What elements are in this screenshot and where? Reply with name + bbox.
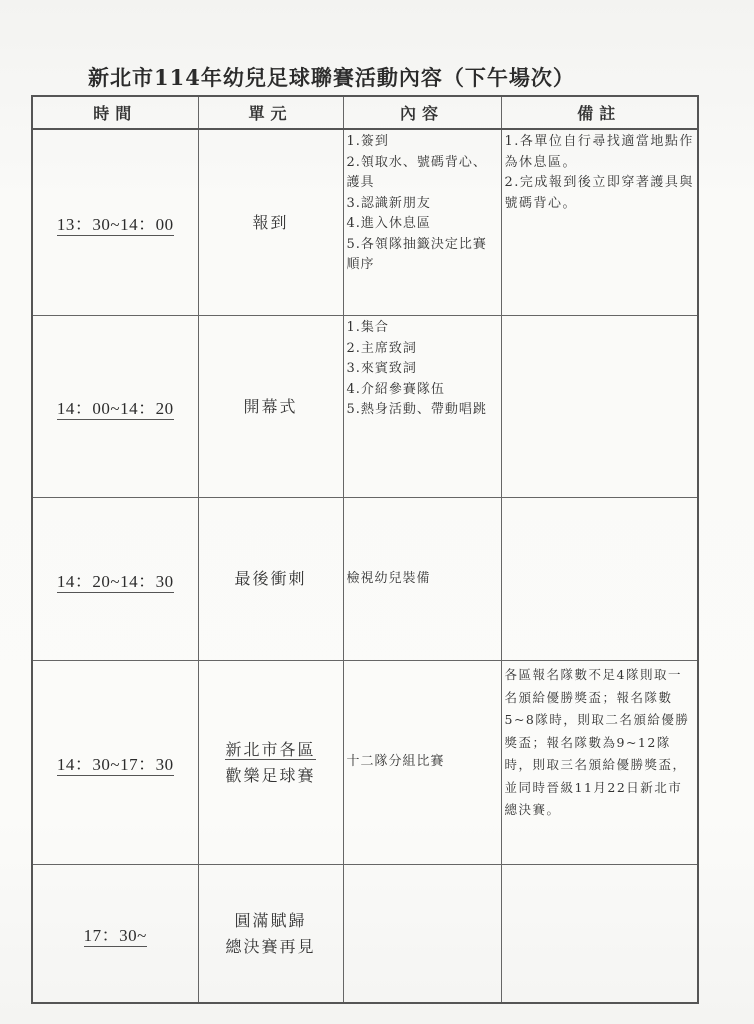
- table-row: 14：30~17：30 新北市各區 歡樂足球賽 十二隊分組比賽 各區報名隊數不足…: [32, 661, 698, 865]
- note-cell: [501, 316, 698, 498]
- document-page: 新北市114年幼兒足球聯賽活動內容（下午場次） 時間 單元 內容 備註 13：3…: [0, 0, 754, 1024]
- time-value: 13：30~14：00: [57, 215, 174, 236]
- content-item: 檢視幼兒裝備: [347, 569, 498, 590]
- time-cell: 14：30~17：30: [32, 661, 198, 865]
- content-item: 1.集合: [347, 318, 498, 339]
- unit-label: 開幕式: [243, 397, 297, 416]
- content-item: 4.進入休息區: [347, 214, 498, 235]
- document-title: 新北市114年幼兒足球聯賽活動內容（下午場次）: [88, 62, 648, 92]
- unit-cell: 圓滿賦歸 總決賽再見: [198, 865, 343, 1004]
- unit-cell: 最後衝刺: [198, 498, 343, 661]
- unit-cell: 報到: [198, 129, 343, 316]
- note-item: 2.完成報到後立即穿著護具與號碼背心。: [505, 173, 695, 214]
- note-item: 各區報名隊數不足4隊則取一名頒給優勝獎盃；報名隊數5~8隊時，則取二名頒給優勝獎…: [505, 664, 695, 822]
- table-header-row: 時間 單元 內容 備註: [32, 96, 698, 129]
- table-row: 13：30~14：00 報到 1.簽到 2.領取水、號碼背心、護具 3.認識新朋…: [32, 129, 698, 316]
- unit-cell: 開幕式: [198, 316, 343, 498]
- note-cell: [501, 498, 698, 661]
- content-cell: [343, 865, 501, 1004]
- unit-label: 報到: [252, 213, 288, 232]
- schedule-table: 時間 單元 內容 備註 13：30~14：00 報到 1.簽到 2.領取水、號碼…: [31, 95, 699, 1004]
- unit-label-line2: 歡樂足球賽: [225, 766, 315, 785]
- time-value: 14：30~17：30: [57, 755, 174, 776]
- header-content: 內容: [343, 96, 501, 129]
- time-cell: 13：30~14：00: [32, 129, 198, 316]
- content-cell: 1.集合 2.主席致詞 3.來賓致詞 4.介紹參賽隊伍 5.熱身活動、帶動唱跳: [343, 316, 501, 498]
- content-cell: 十二隊分組比賽: [343, 661, 501, 865]
- content-cell: 1.簽到 2.領取水、號碼背心、護具 3.認識新朋友 4.進入休息區 5.各領隊…: [343, 129, 501, 316]
- content-item: 3.來賓致詞: [347, 359, 498, 380]
- time-cell: 14：20~14：30: [32, 498, 198, 661]
- note-cell: 各區報名隊數不足4隊則取一名頒給優勝獎盃；報名隊數5~8隊時，則取二名頒給優勝獎…: [501, 661, 698, 865]
- content-item: 5.各領隊抽籤決定比賽順序: [347, 235, 498, 276]
- note-cell: [501, 865, 698, 1004]
- header-time: 時間: [32, 96, 198, 129]
- unit-label-line2: 總決賽再見: [225, 937, 315, 956]
- table-row: 17：30~ 圓滿賦歸 總決賽再見: [32, 865, 698, 1004]
- content-item: 1.簽到: [347, 132, 498, 153]
- time-value: 14：20~14：30: [57, 572, 174, 593]
- content-item: 2.領取水、號碼背心、護具: [347, 153, 498, 194]
- unit-label: 最後衝刺: [234, 569, 306, 588]
- unit-label-line1: 圓滿賦歸: [234, 911, 306, 930]
- header-unit: 單元: [198, 96, 343, 129]
- content-item: 十二隊分組比賽: [347, 752, 498, 773]
- table-row: 14：20~14：30 最後衝刺 檢視幼兒裝備: [32, 498, 698, 661]
- content-item: 3.認識新朋友: [347, 194, 498, 215]
- unit-label-line1: 新北市各區: [225, 740, 315, 760]
- content-item: 4.介紹參賽隊伍: [347, 380, 498, 401]
- time-cell: 17：30~: [32, 865, 198, 1004]
- time-value: 17：30~: [84, 926, 147, 947]
- content-item: 5.熱身活動、帶動唱跳: [347, 400, 498, 421]
- note-cell: 1.各單位自行尋找適當地點作為休息區。 2.完成報到後立即穿著護具與號碼背心。: [501, 129, 698, 316]
- table-row: 14：00~14：20 開幕式 1.集合 2.主席致詞 3.來賓致詞 4.介紹參…: [32, 316, 698, 498]
- note-item: 1.各單位自行尋找適當地點作為休息區。: [505, 132, 695, 173]
- header-note: 備註: [501, 96, 698, 129]
- content-cell: 檢視幼兒裝備: [343, 498, 501, 661]
- unit-cell: 新北市各區 歡樂足球賽: [198, 661, 343, 865]
- time-value: 14：00~14：20: [57, 399, 174, 420]
- content-item: 2.主席致詞: [347, 339, 498, 360]
- time-cell: 14：00~14：20: [32, 316, 198, 498]
